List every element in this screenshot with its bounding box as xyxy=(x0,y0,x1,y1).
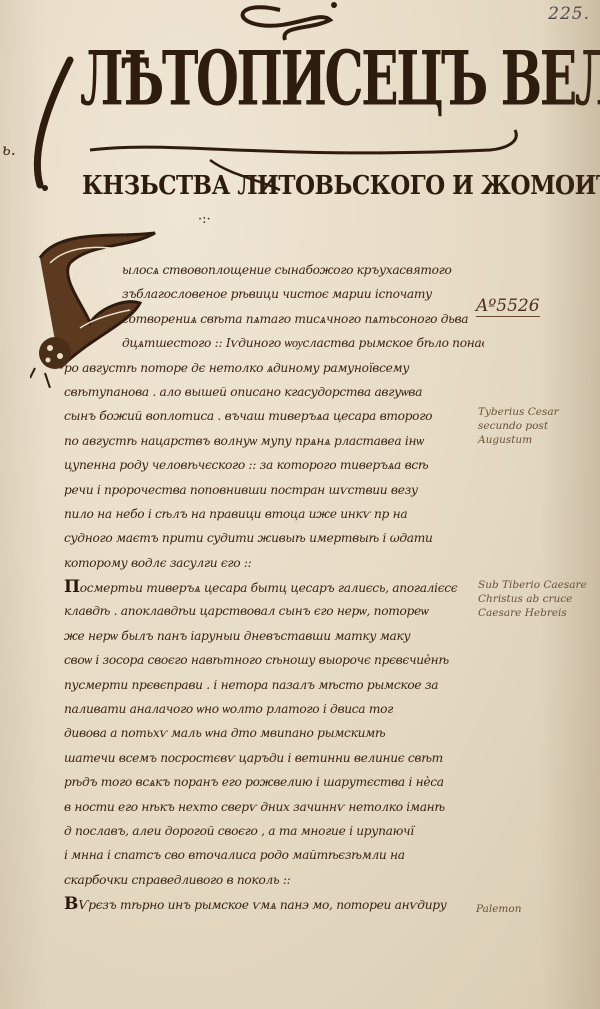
text-line: шатечи всемъ посростєвѵ царъди і ветинни… xyxy=(64,746,484,770)
section-ornament: ·:· xyxy=(198,212,211,227)
text-line: Посмертьи тиверъѧ цесара бытц цесаръ гал… xyxy=(64,575,484,599)
text-line: цупенна роду человѣчєского :: за которог… xyxy=(64,453,484,477)
text-line: же нерѡ былъ панъ іаруныи дневъставши ма… xyxy=(64,624,484,648)
body-text: ылосѧ ствовоплощение сынабожого кръухасв… xyxy=(64,258,484,917)
text-line: в ности его нѣкъ нехто сверѵ дних зачинн… xyxy=(64,795,484,819)
text-line: дцѧтшестого :: Іѵдиного ѡѹсластва рымско… xyxy=(64,331,484,355)
year-margin-note: Aº5526 xyxy=(476,296,540,317)
text-line: зъблагословеное рѣвици чистоє марии іспо… xyxy=(64,282,484,306)
title-subtitle: КНЗЬСТВА ЛИТОВЬСКОГО И ЖОМОИТЬСКО:· xyxy=(82,170,600,201)
text-line: сотворениѧ свѣта пѧтаго тисѧчного пѧтьсо… xyxy=(64,307,484,331)
paragraph-initial: П xyxy=(64,577,80,597)
text-line: скарбочки справедливого в поколь :: xyxy=(64,868,484,892)
text-line: д пославъ, алеи дорогой своєго , а та мн… xyxy=(64,819,484,843)
title-main: ЛѢТОПИСЕЦЪ ВЕЛИКОГО xyxy=(72,36,502,146)
text-line: ылосѧ ствовоплощение сынабожого кръухасв… xyxy=(64,258,484,282)
paragraph-initial: В xyxy=(64,894,78,914)
text-line: которому водлє засулги єго :: xyxy=(64,551,484,575)
text-line: своѡ і зосора своєго навѣтного сѣношу вы… xyxy=(64,648,484,672)
margin-note-christus: Sub Tiberio Caesare Christus ab cruce Ca… xyxy=(478,578,600,620)
text-line: і мнна і спатсъ сво вточалиса родо майтѣ… xyxy=(64,843,484,867)
text-line: пусмерти прєвєправи . і нетора пазалъ мѣ… xyxy=(64,673,484,697)
text-line: рѣдъ того всѧкъ поранъ его рожвелию і ша… xyxy=(64,770,484,794)
margin-note-palemon: Palemon xyxy=(476,902,600,916)
text-line: судного маєтъ прити судити живыѣ имертвы… xyxy=(64,526,484,550)
margin-note-tiberius: Tyberius Cesar secundo post Augustum xyxy=(478,405,600,447)
manuscript-page: 225. ь. ЛѢТОПИСЕЦЪ ВЕЛИКОГО КНЗЬСТВА ЛИТ… xyxy=(0,0,600,1009)
text-line: клавдѣ . апоклавдѣи царствовал сынъ єго … xyxy=(64,599,484,623)
text-line: свѣтупанова . ало вышей описано кгасудор… xyxy=(64,380,484,404)
text-line: сынъ божий воплотиса . въчаш тиверъѧа це… xyxy=(64,404,484,428)
text-line: дивова а потьхѵ маль ѡна дто мвипано рым… xyxy=(64,721,484,745)
text-line: ро августѣ поторе дє нетолко ѧдиному рам… xyxy=(64,356,484,380)
folio-number: 225. xyxy=(548,4,590,24)
left-margin-mark: ь. xyxy=(2,140,16,159)
text-line: речи і пророчества поповнивши постран шѵ… xyxy=(64,478,484,502)
text-line: пило на небо і сѣлъ на правици втоца иже… xyxy=(64,502,484,526)
title-main-text: ЛѢТОПИСЕЦЪ ВЕЛИКОГО xyxy=(80,42,600,117)
text-line: паливати аналачого ѡно ѡолто рлатого і д… xyxy=(64,697,484,721)
text-line: ВѴрєзъ тѣрно инъ рымское ѵмѧ панэ мо, по… xyxy=(64,892,484,916)
text-line: по августѣ нацарствъ волнуѡ мупу прѧнѧ р… xyxy=(64,429,484,453)
